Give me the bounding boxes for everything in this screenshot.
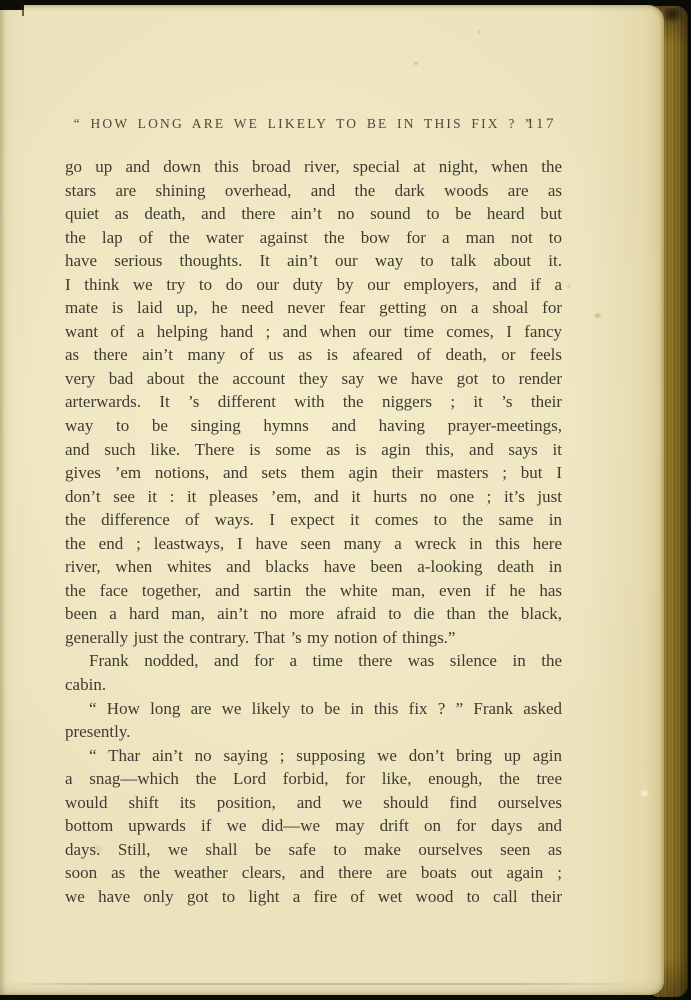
text-line: mate is laid up, he need never fear gett…	[65, 296, 562, 320]
text-line: as there ain’t many of us as is afeared …	[65, 343, 562, 367]
stain-spot	[413, 61, 419, 66]
running-head-title: “ HOW LONG ARE WE LIKELY TO BE IN THIS F…	[55, 116, 552, 132]
text-line: been a hard man, ain’t no more afraid to…	[65, 602, 562, 626]
text-line: stars are shining overhead, and the dark…	[65, 179, 562, 203]
text-line: the face together, and sartin the white …	[65, 579, 562, 603]
scanner-top-band	[0, 0, 691, 5]
text-line: “ Thar ain’t no saying ; supposing we do…	[65, 744, 562, 768]
stain-spot	[639, 789, 650, 798]
text-line: the end ; leastways, I have seen many a …	[65, 532, 562, 556]
text-line: and such like. There is some as is agin …	[65, 438, 562, 462]
text-line: the lap of the water against the bow for…	[65, 226, 562, 250]
text-line: I think we try to do our duty by our emp…	[65, 273, 562, 297]
page-body: go up and down this broad river, special…	[65, 155, 562, 909]
text-line: river, when whites and blacks have been …	[65, 555, 562, 579]
scanner-top-band-corner	[0, 0, 24, 10]
text-line: soon as the weather clears, and there ar…	[65, 861, 562, 885]
text-line: cabin.	[65, 673, 562, 697]
running-head: “ HOW LONG ARE WE LIKELY TO BE IN THIS F…	[65, 116, 562, 138]
text-line: days. Still, we shall be safe to make ou…	[65, 838, 562, 862]
text-line: “ How long are we likely to be in this f…	[65, 697, 562, 721]
page-edge-shadow	[664, 8, 684, 24]
page-fold-line	[22, 5, 24, 16]
text-line: a snag—which the Lord forbid, for like, …	[65, 767, 562, 791]
text-line: generally just the contrary. That ’s my …	[65, 626, 562, 650]
text-line: want of a helping hand ; and when our ti…	[65, 320, 562, 344]
text-line: we have only got to light a fire of wet …	[65, 885, 562, 909]
stain-spot	[566, 284, 572, 289]
text-line: quiet as death, and there ain’t no sound…	[65, 202, 562, 226]
stain-spot	[593, 312, 602, 319]
text-line: gives ’em notions, and sets them agin th…	[65, 461, 562, 485]
text-line: go up and down this broad river, special…	[65, 155, 562, 179]
text-line: presently.	[65, 720, 562, 744]
text-line: the difference of ways. I expect it come…	[65, 508, 562, 532]
text-line: bottom upwards if we did—we may drift on…	[65, 814, 562, 838]
page-bottom-edge-line	[4, 983, 644, 985]
text-line: have serious thoughts. It ain’t our way …	[65, 249, 562, 273]
stain-spot	[477, 30, 482, 34]
text-line: would shift its position, and we should …	[65, 791, 562, 815]
scan-backdrop: “ HOW LONG ARE WE LIKELY TO BE IN THIS F…	[0, 0, 691, 1000]
text-line: Frank nodded, and for a time there was s…	[65, 649, 562, 673]
text-line: arterwards. It ’s different with the nig…	[65, 390, 562, 414]
text-line: way to be singing hymns and having praye…	[65, 414, 562, 438]
text-line: don’t see it : it pleases ’em, and it hu…	[65, 485, 562, 509]
book-page: “ HOW LONG ARE WE LIKELY TO BE IN THIS F…	[0, 5, 664, 995]
text-line: very bad about the account they say we h…	[65, 367, 562, 391]
page-number: 117	[527, 116, 556, 133]
